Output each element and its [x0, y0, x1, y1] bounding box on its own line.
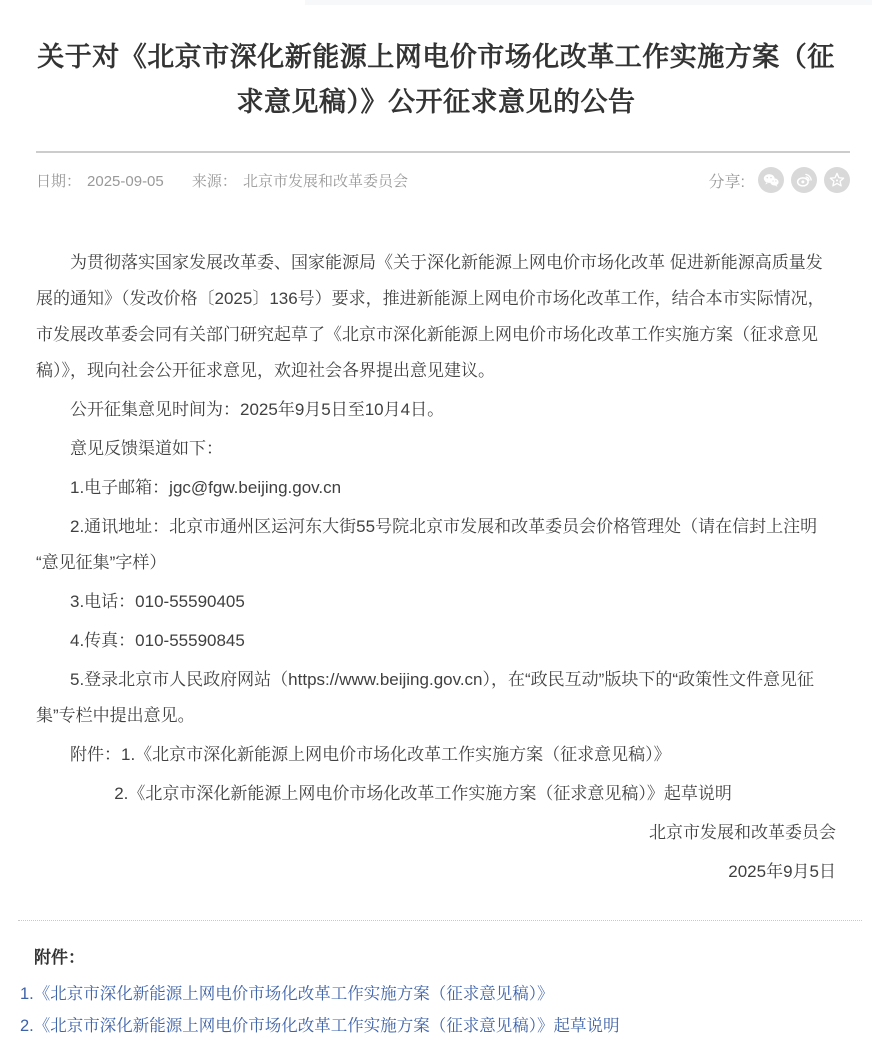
paragraph-intro: 为贯彻落实国家发展改革委、国家能源局《关于深化新能源上网电价市场化改革 促进新能…	[36, 245, 836, 389]
date-value: 2025-09-05	[87, 173, 164, 190]
weibo-share-icon[interactable]	[791, 167, 817, 193]
attachments-section: 附件： 1.《北京市深化新能源上网电价市场化改革工作实施方案（征求意见稿）》 2…	[20, 943, 852, 1042]
signature-agency: 北京市发展和改革委员会	[36, 815, 836, 851]
attachment-link-1[interactable]: 1.《北京市深化新能源上网电价市场化改革工作实施方案（征求意见稿）》	[20, 978, 852, 1010]
page-title-line-1: 关于对《北京市深化新能源上网电价市场化改革工作实施方案（征	[37, 42, 835, 72]
paragraph-phone: 3.电话：010-55590405	[36, 584, 836, 620]
attachments-divider	[18, 920, 862, 921]
top-edge-strip	[0, 0, 872, 5]
announcement-page: 关于对《北京市深化新能源上网电价市场化改革工作实施方案（征 求意见稿）》公开征求…	[0, 0, 872, 1042]
paragraph-attachment-2: 2.《北京市深化新能源上网电价市场化改革工作实施方案（征求意见稿）》起草说明	[36, 776, 836, 812]
paragraph-mail-address: 2.通讯地址：北京市通州区运河东大街55号院北京市发展和改革委员会价格管理处（请…	[36, 509, 836, 581]
star-share-icon[interactable]	[824, 167, 850, 193]
attachment-link-2[interactable]: 2.《北京市深化新能源上网电价市场化改革工作实施方案（征求意见稿）》起草说明	[20, 1010, 852, 1042]
paragraph-website: 5.登录北京市人民政府网站（https://www.beijing.gov.cn…	[36, 662, 836, 734]
wechat-share-icon[interactable]	[758, 167, 784, 193]
paragraph-email: 1.电子邮箱：jgc@fgw.beijing.gov.cn	[36, 470, 836, 506]
article-body: 为贯彻落实国家发展改革委、国家能源局《关于深化新能源上网电价市场化改革 促进新能…	[36, 245, 836, 890]
source-value: 北京市发展和改革委员会	[243, 173, 408, 190]
signature-date: 2025年9月5日	[36, 854, 836, 890]
share-label: 分享:	[709, 169, 745, 192]
date-label: 日期：	[36, 173, 81, 190]
paragraph-attachment-1: 附件：1.《北京市深化新能源上网电价市场化改革工作实施方案（征求意见稿）》	[36, 737, 836, 773]
meta-row: 日期：2025-09-05 来源：北京市发展和改革委员会 分享:	[36, 167, 850, 193]
paragraph-period: 公开征集意见时间为：2025年9月5日至10月4日。	[36, 392, 836, 428]
paragraph-channels-heading: 意见反馈渠道如下：	[36, 431, 836, 467]
title-divider	[36, 151, 850, 153]
page-title: 关于对《北京市深化新能源上网电价市场化改革工作实施方案（征 求意见稿）》公开征求…	[30, 35, 842, 125]
meta-info: 日期：2025-09-05 来源：北京市发展和改革委员会	[36, 170, 414, 191]
paragraph-fax: 4.传真：010-55590845	[36, 623, 836, 659]
share-bar: 分享:	[709, 167, 850, 193]
source-label: 来源：	[192, 173, 237, 190]
attachments-label: 附件：	[34, 943, 852, 968]
page-title-line-2: 求意见稿）》公开征求意见的公告	[237, 87, 636, 117]
